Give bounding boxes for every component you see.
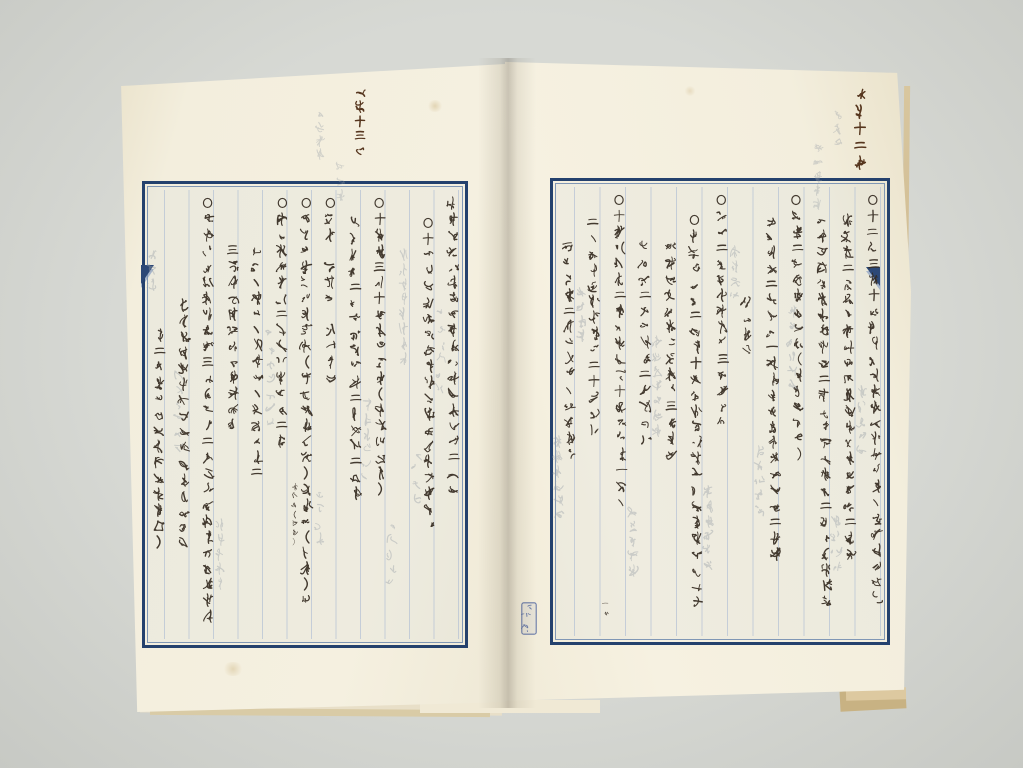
ghost-text-column: [624, 504, 640, 578]
handwriting-column: [739, 294, 756, 358]
ghost-text-column: [384, 517, 399, 591]
ghost-text-column: [854, 384, 870, 458]
handwriting-column: [712, 192, 731, 431]
ghost-text-column: [261, 327, 277, 431]
ghost-margin-note: [335, 160, 348, 201]
collector-seal-stamp: [521, 602, 537, 635]
ghost-text-column: [359, 397, 374, 486]
handwriting-column: [151, 327, 168, 549]
foxing-stain: [222, 662, 244, 676]
handwriting-column: [610, 192, 629, 510]
handwriting-column: [560, 239, 578, 462]
foxing-stain: [427, 100, 443, 112]
ghost-text-column: [828, 514, 843, 573]
ghost-text-column: [550, 434, 565, 523]
date-note-showa13-strokes: [353, 84, 369, 158]
left-page: [103, 64, 505, 712]
handwriting-column: [225, 242, 241, 433]
ghost-text-column: [396, 247, 412, 366]
handwriting-small-note: [601, 599, 610, 617]
ghost-text-column: [785, 304, 800, 393]
ghost-text-column: [650, 334, 665, 438]
ghost-text-column: [310, 487, 326, 546]
foxing-stain: [684, 86, 696, 96]
ghost-text-column: [752, 444, 767, 518]
ghost-text-column: [171, 367, 187, 456]
ghost-text-column: [144, 247, 159, 292]
right-page: [505, 58, 911, 706]
ghost-text-column: [701, 484, 717, 573]
ghost-margin-note: [811, 142, 826, 211]
ghost-text-column: [433, 307, 448, 396]
handwriting-column: [323, 195, 339, 386]
ghost-text-column: [408, 447, 423, 506]
ghost-text-column: [573, 284, 587, 343]
ghost-margin-note: [313, 106, 327, 161]
handwriting-small-note: [290, 482, 300, 547]
date-note-showa12-strokes: [851, 86, 869, 171]
ghost-margin-note: [831, 108, 845, 149]
ghost-text-column: [726, 244, 742, 303]
ghost-text-column: [212, 517, 226, 591]
photo-canvas: [0, 0, 1023, 768]
